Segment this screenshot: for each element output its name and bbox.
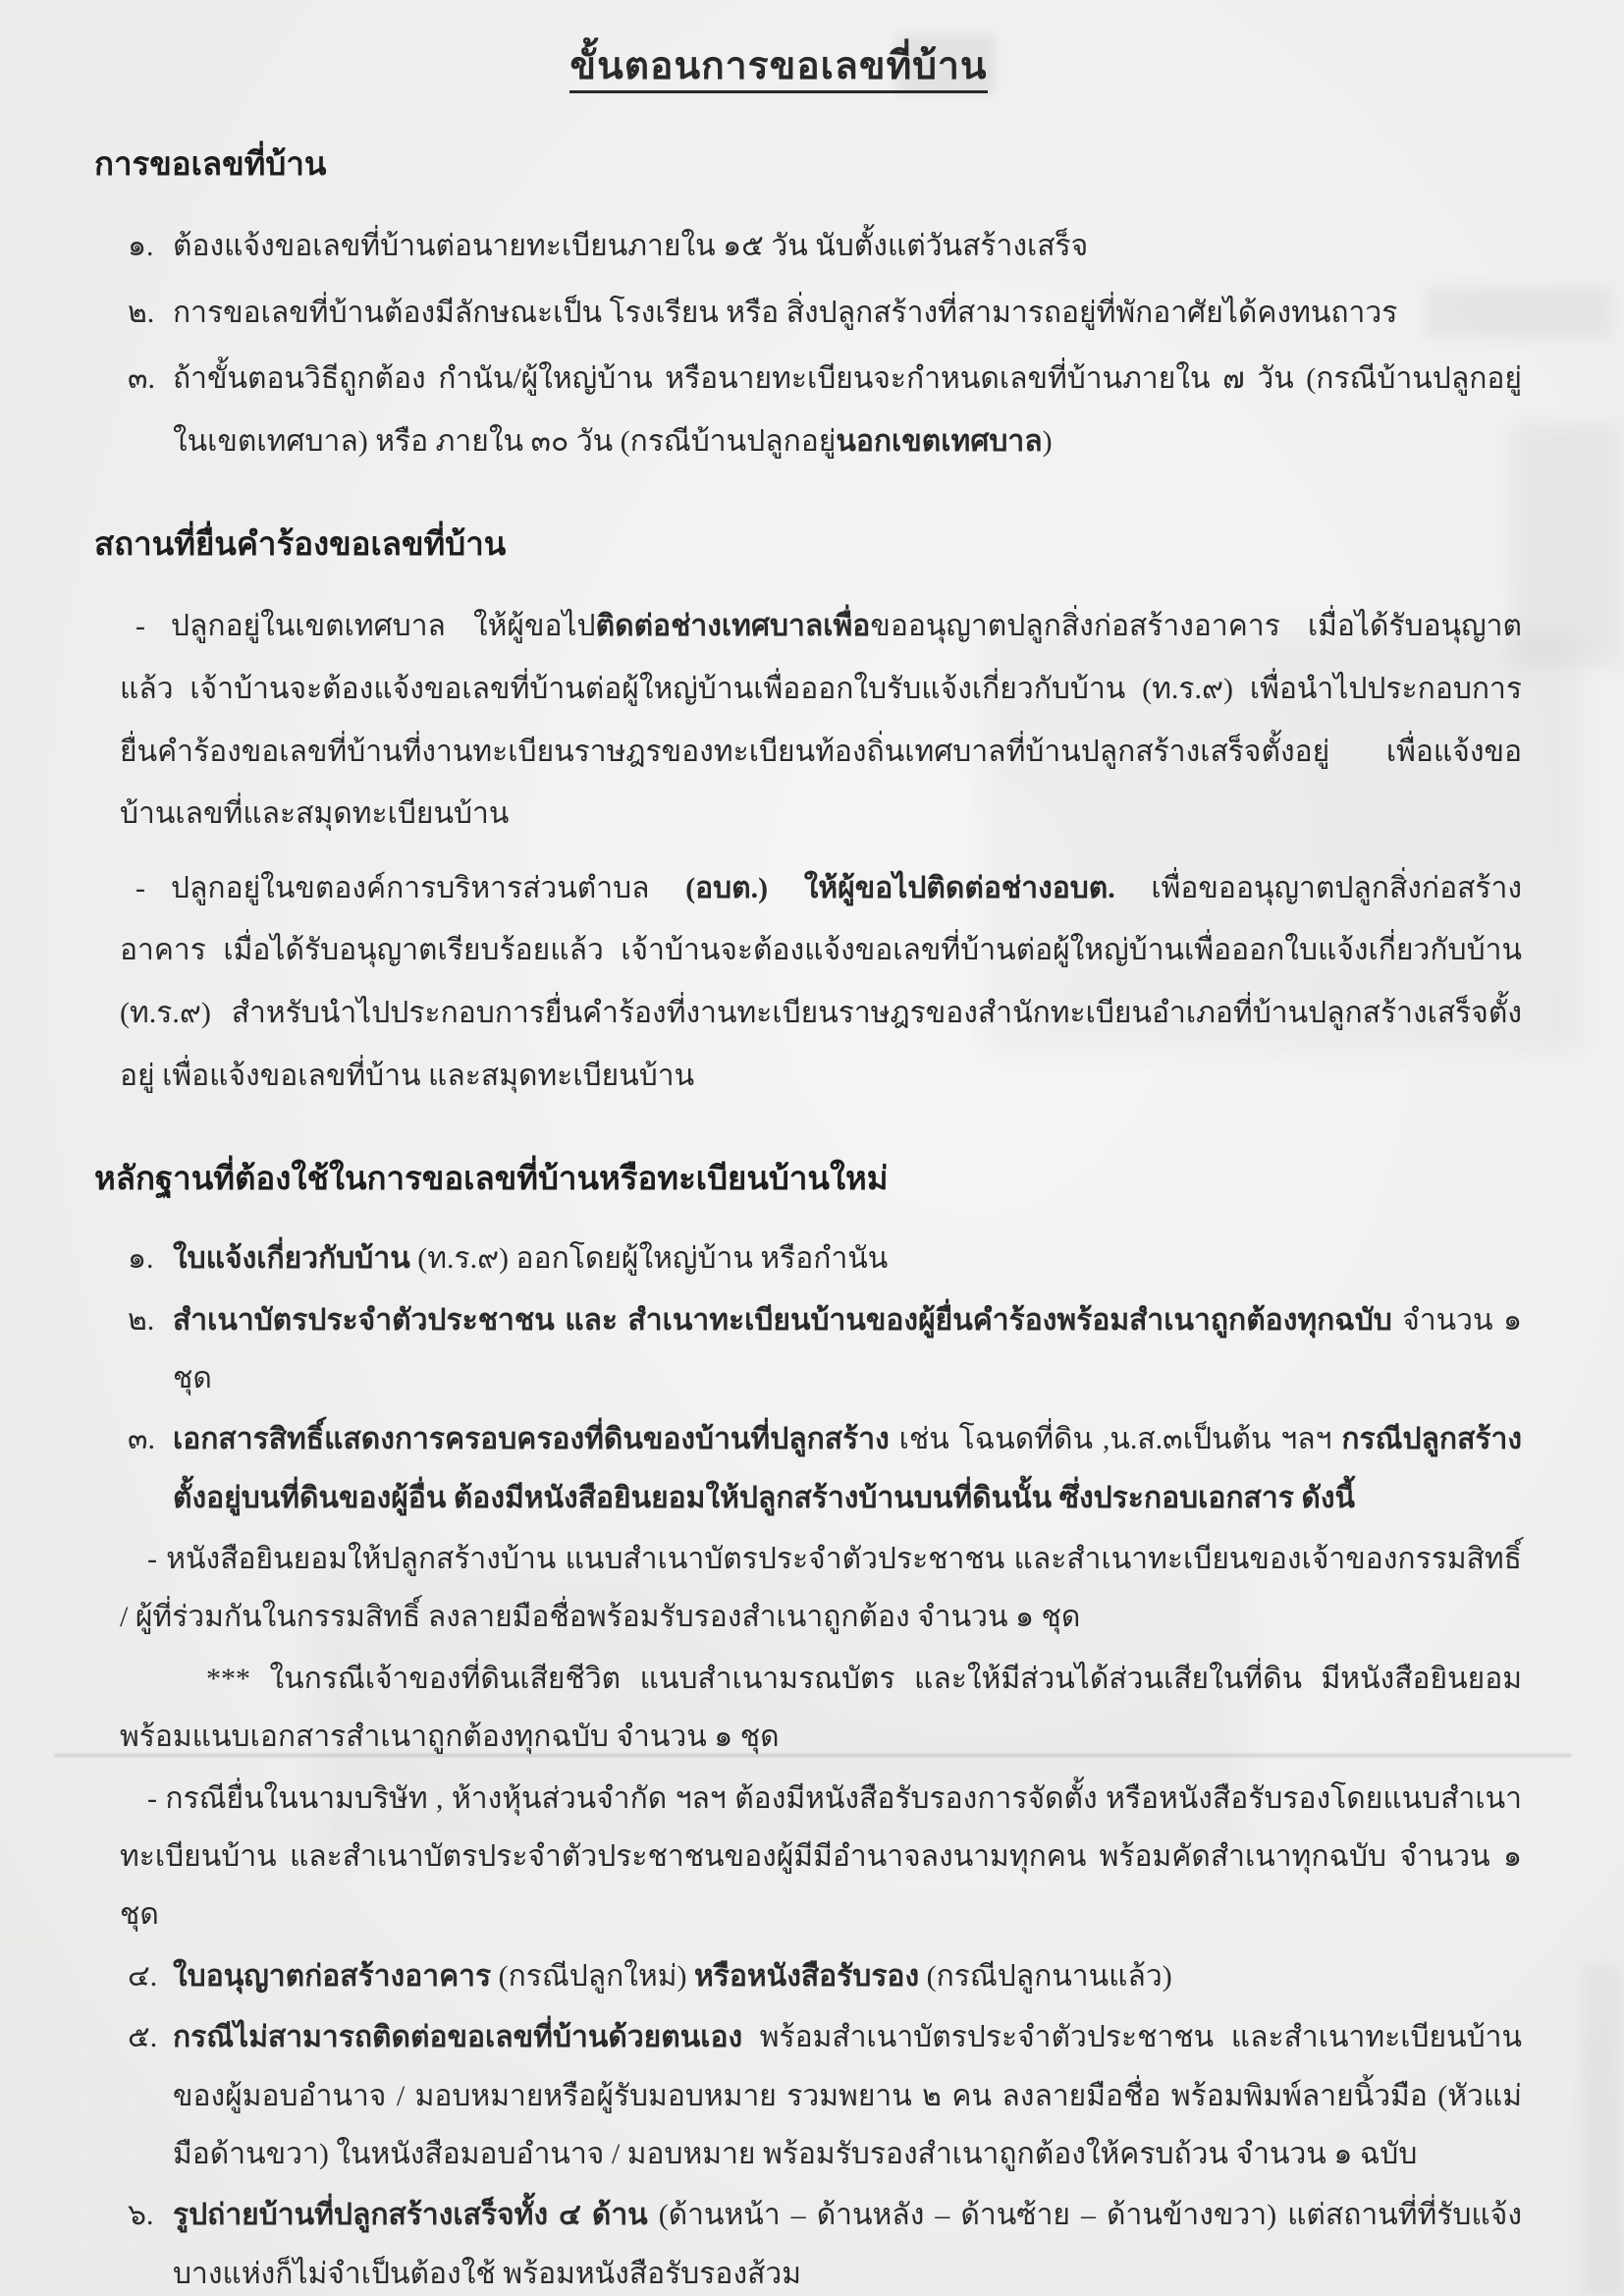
bullet-item: -ปลูกอยู่ในขตองค์การบริหารส่วนตำบล (อบต.… (94, 857, 1522, 1107)
text-run: รูปถ่ายบ้านที่ปลูกสร้างเสร็จทั้ง ๔ ด้าน (173, 2199, 648, 2231)
text-run: ต้องแจ้งขอเลขที่บ้านต่อนายทะเบียนภายใน ๑… (173, 230, 1088, 262)
text-run: เช่น โฉนดที่ดิน ,น.ส.๓เป็นต้น ฯลฯ (890, 1423, 1342, 1455)
item-marker: ๔. (128, 1947, 173, 2005)
text-run: (อบต.) ให้ผู้ขอไปติดต่อช่างอบต. (685, 872, 1115, 904)
item-marker: ๒. (128, 282, 173, 345)
text-run: - หนังสือยินยอมให้ปลูกสร้างบ้าน แนบสำเนา… (120, 1543, 1522, 1633)
text-run: กรณีไม่สามารถติดต่อขอเลขที่บ้านด้วยตนเอง (173, 2021, 742, 2053)
bullet-item: -ปลูกอยู่ในเขตเทศบาล ให้ผู้ขอไปติดต่อช่า… (94, 595, 1522, 845)
item-marker: - (135, 595, 171, 658)
item-marker: - (135, 857, 171, 920)
text-run: เพื่อขออนุญาตปลูกสิ่งก่อสร้างอาคาร เมื่อ… (120, 872, 1522, 1092)
text-run: ติดต่อช่างเทศบาลเพื่อ (596, 610, 871, 642)
text-run: (กรณีปลูกใหม่) (491, 1960, 694, 1993)
text-run: หรือหนังสือรับรอง (694, 1960, 919, 1993)
sub-item: - หนังสือยินยอมให้ปลูกสร้างบ้าน แนบสำเนา… (94, 1530, 1522, 1647)
text-run: ) (1043, 425, 1053, 458)
section-items: ๑.ต้องแจ้งขอเลขที่บ้านต่อนายทะเบียนภายใน… (94, 215, 1522, 472)
section-items: -ปลูกอยู่ในเขตเทศบาล ให้ผู้ขอไปติดต่อช่า… (94, 595, 1522, 1107)
list-item: ๓.ถ้าขั้นตอนวิธีถูกต้อง กำนัน/ผู้ใหญ่บ้า… (94, 348, 1522, 472)
note-item: *** ในกรณีเจ้าของที่ดินเสียชีวิต แนบสำเน… (94, 1650, 1522, 1767)
list-item: ๓.เอกสารสิทธิ์แสดงการครอบครองที่ดินของบ้… (94, 1410, 1522, 1527)
document-page: ขั้นตอนการขอเลขที่บ้าน การขอเลขที่บ้าน ๑… (0, 0, 1624, 2296)
section-house-number-request: การขอเลขที่บ้าน ๑.ต้องแจ้งขอเลขที่บ้านต่… (94, 137, 1522, 472)
list-item: ๒.การขอเลขที่บ้านต้องมีลักษณะเป็น โรงเรี… (94, 282, 1522, 345)
item-marker: ๑. (128, 1230, 173, 1287)
text-run: (ท.ร.๙) ออกโดยผู้ใหญ่บ้าน หรือกำนัน (410, 1242, 889, 1275)
section-required-evidence: หลักฐานที่ต้องใช้ในการขอเลขที่บ้านหรือทะ… (94, 1152, 1522, 2296)
text-run: การขอเลขที่บ้านต้องมีลักษณะเป็น โรงเรียน… (173, 297, 1397, 329)
scan-artifact (1512, 422, 1620, 668)
list-item: ๒.สำเนาบัตรประจำตัวประชาชน และ สำเนาทะเบ… (94, 1291, 1522, 1408)
section-heading: การขอเลขที่บ้าน (94, 137, 1522, 190)
text-run: นอกเขตเทศบาล (836, 425, 1042, 458)
text-run: ใบแจ้งเกี่ยวกับบ้าน (173, 1242, 410, 1275)
page-title-text: ขั้นตอนการขอเลขที่บ้าน (569, 45, 987, 93)
text-run: สำเนาบัตรประจำตัวประชาชน และ สำเนาทะเบีย… (173, 1304, 1392, 1337)
scan-artifact (1581, 1964, 1624, 2296)
list-item: ๑.ใบแจ้งเกี่ยวกับบ้าน (ท.ร.๙) ออกโดยผู้ใ… (94, 1230, 1522, 1287)
item-marker: ๓. (128, 348, 173, 410)
text-run: - กรณียื่นในนามบริษัท , ห้างหุ้นส่วนจำกั… (120, 1782, 1522, 1932)
list-item: ๑.ต้องแจ้งขอเลขที่บ้านต่อนายทะเบียนภายใน… (94, 215, 1522, 278)
item-marker: ๖. (128, 2186, 173, 2244)
item-marker: ๓. (128, 1410, 173, 1468)
text-run: *** ในกรณีเจ้าของที่ดินเสียชีวิต แนบสำเน… (120, 1663, 1522, 1753)
section-heading: สถานที่ยื่นคำร้องขอเลขที่บ้าน (94, 518, 1522, 570)
section-items: ๑.ใบแจ้งเกี่ยวกับบ้าน (ท.ร.๙) ออกโดยผู้ใ… (94, 1230, 1522, 2296)
text-run: ปลูกอยู่ในเขตเทศบาล ให้ผู้ขอไป (171, 610, 596, 642)
section-heading: หลักฐานที่ต้องใช้ในการขอเลขที่บ้านหรือทะ… (94, 1152, 1522, 1204)
text-run: ขออนุญาตปลูกสิ่งก่อสร้างอาคาร เมื่อได้รั… (120, 610, 1522, 830)
text-run: เอกสารสิทธิ์แสดงการครอบครองที่ดินของบ้าน… (173, 1423, 890, 1455)
list-item: ๔.ใบอนุญาตก่อสร้างอาคาร (กรณีปลูกใหม่) ห… (94, 1947, 1522, 2005)
list-item: ๖.รูปถ่ายบ้านที่ปลูกสร้างเสร็จทั้ง ๔ ด้า… (94, 2186, 1522, 2296)
text-run: (กรณีปลูกนานแล้ว) (919, 1960, 1172, 1993)
item-marker: ๕. (128, 2008, 173, 2066)
item-marker: ๑. (128, 215, 173, 278)
text-run: ปลูกอยู่ในขตองค์การบริหารส่วนตำบล (171, 872, 685, 904)
section-filing-locations: สถานที่ยื่นคำร้องขอเลขที่บ้าน -ปลูกอยู่ใ… (94, 518, 1522, 1107)
page-title: ขั้นตอนการขอเลขที่บ้าน (94, 35, 1463, 96)
list-item: ๕.กรณีไม่สามารถติดต่อขอเลขที่บ้านด้วยตนเ… (94, 2008, 1522, 2183)
sub-item: - กรณียื่นในนามบริษัท , ห้างหุ้นส่วนจำกั… (94, 1770, 1522, 1944)
text-run: ใบอนุญาตก่อสร้างอาคาร (173, 1960, 491, 1993)
item-marker: ๒. (128, 1291, 173, 1349)
